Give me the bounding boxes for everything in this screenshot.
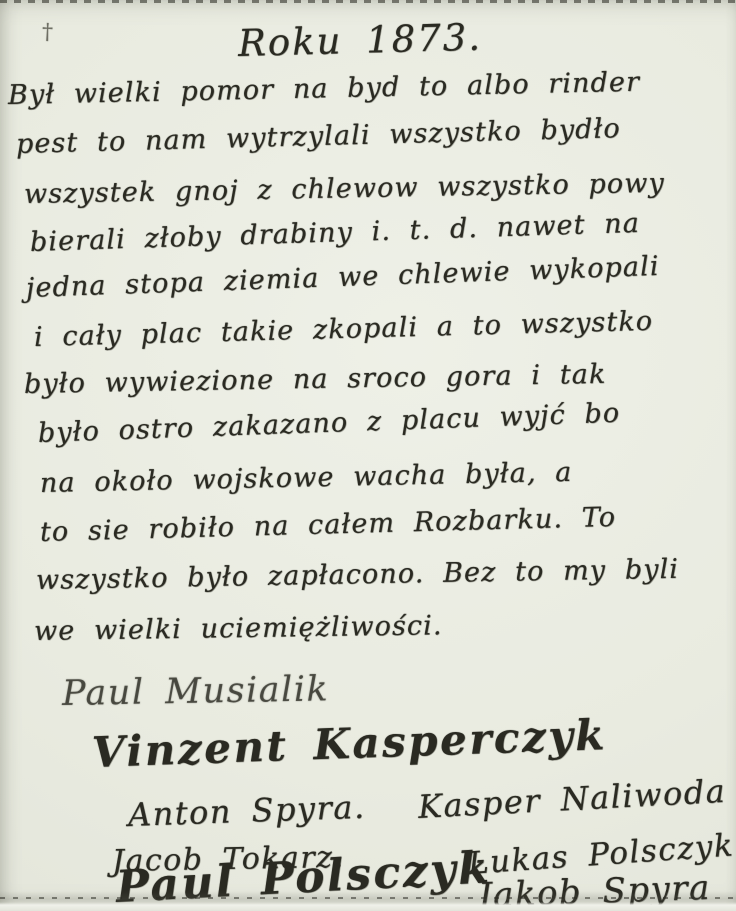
- scan-edge-bottom-band: [0, 891, 736, 911]
- body-line-2: pest to nam wytrzylali wszystko bydło: [16, 113, 622, 160]
- signature-vinzent-kasperczyk: Vinzent Kasperczyk: [91, 710, 607, 777]
- scanned-letter-page: † Roku 1873. Był wielki pomor na byd to …: [0, 0, 736, 911]
- scan-edge-top-artifact: [0, 0, 736, 3]
- body-line-6: i cały plac takie zkopali a to wszystko: [34, 306, 654, 353]
- scan-edge-bottom-dashes: [0, 897, 736, 899]
- marginal-cross-mark: †: [42, 20, 54, 45]
- body-line-5: jedna stopa ziemia we chlewie wykopali: [25, 251, 660, 304]
- body-line-11: wszystko było zapłacono. Bez to my byli: [36, 554, 680, 596]
- body-line-4: bierali złoby drabiny i. t. d. nawet na: [30, 208, 641, 258]
- body-line-9: na około wojskowe wacha była, a: [40, 457, 573, 499]
- body-line-10: to sie robiło na całem Rozbarku. To: [40, 502, 617, 548]
- body-line-7: było wywiezione na sroco gora i tak: [24, 359, 607, 400]
- body-line-3: wszystek gnoj z chlewow wszystko powy: [24, 168, 665, 210]
- body-line-8: było ostro zakazano z placu wyjć bo: [37, 398, 620, 449]
- signature-anton-spyra: Anton Spyra.: [127, 788, 366, 834]
- body-line-1: Był wielki pomor na byd to albo rinder: [8, 67, 641, 111]
- signature-paul-musialik: Paul Musialik: [62, 669, 330, 714]
- signature-kasper-naliwoda: Kasper Naliwoda: [417, 772, 727, 826]
- body-line-12: we wielki uciemiężliwości.: [34, 610, 443, 647]
- letter-title-year: Roku 1873.: [237, 16, 482, 65]
